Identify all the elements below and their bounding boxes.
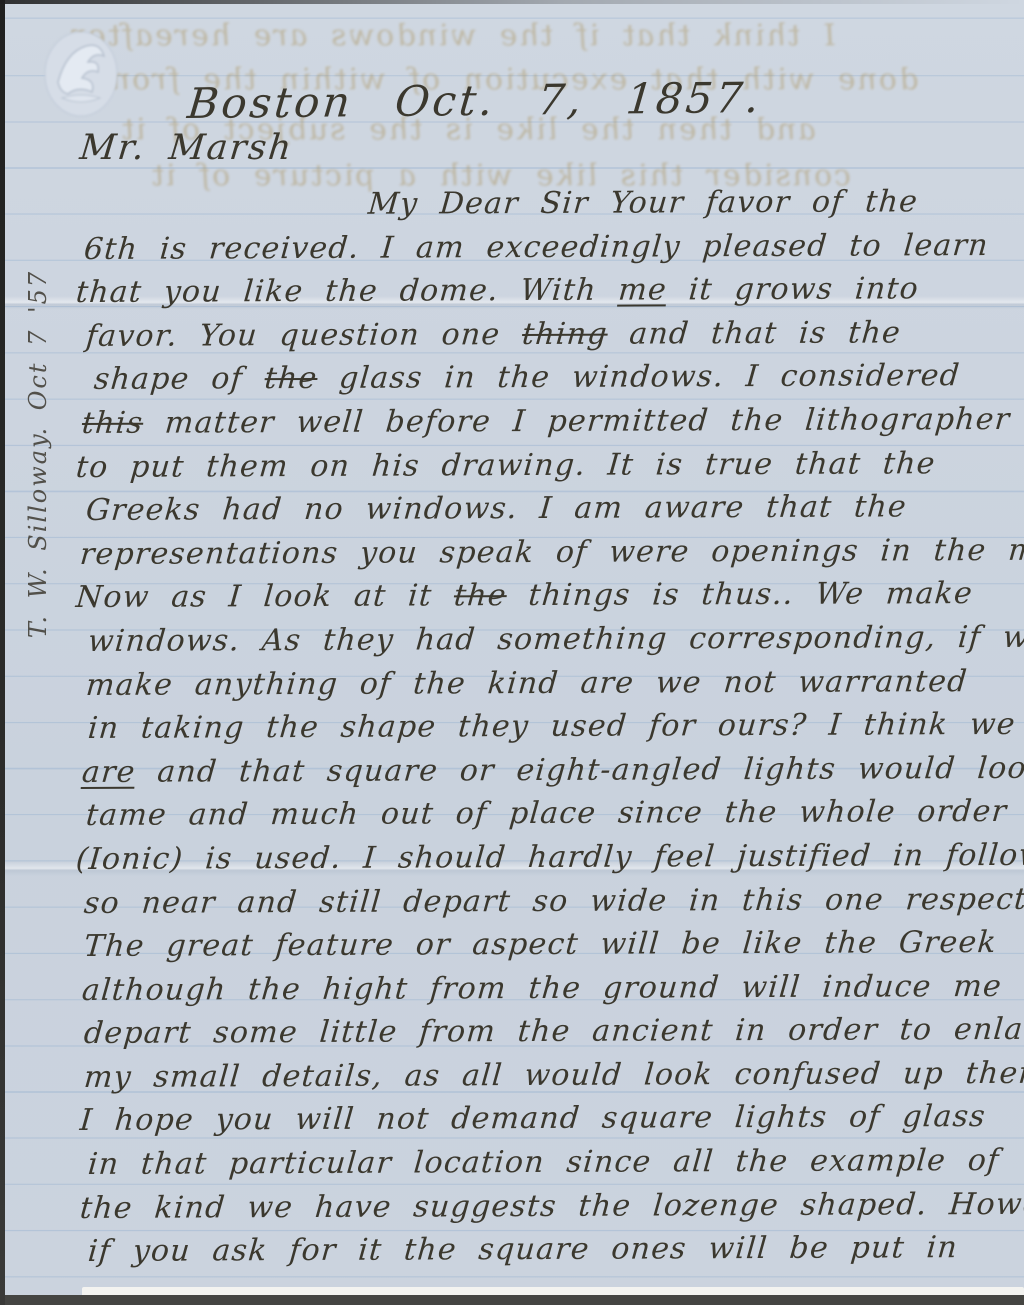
- letter-line: depart some little from the ancient in o…: [74, 1008, 1010, 1056]
- text-segment: Greeks had no windows. I am aware that t…: [85, 490, 909, 529]
- text-segment: so near and still depart so wide in this…: [83, 881, 1024, 920]
- letter-line: (Ionic) is used. I should hardly feel ju…: [74, 834, 1010, 882]
- text-segment: it grows into: [666, 272, 921, 308]
- text-segment: the kind we have suggests the lozenge sh…: [79, 1186, 1024, 1225]
- embossed-eagle-seal-icon: [38, 22, 124, 122]
- text-segment: matter well before I permitted the litho…: [142, 402, 1012, 441]
- dateline: Boston Oct. 7, 1857.: [185, 73, 764, 128]
- text-segment: glass in the windows. I considered: [316, 359, 962, 397]
- letter-line: The great feature or aspect will be like…: [74, 921, 1010, 969]
- letter-line: representations you speak of were openin…: [74, 529, 1010, 577]
- text-segment: Now as I look at it: [75, 579, 456, 616]
- text-segment: favor. You question one: [85, 317, 524, 354]
- text-segment: make anything of the kind are we not war…: [85, 664, 970, 703]
- text-segment: The great feature or aspect will be like…: [83, 925, 999, 964]
- letter-line: are and that square or eight-angled ligh…: [74, 747, 1010, 795]
- text-segment: 6th is received. I am exceedingly please…: [83, 228, 991, 267]
- text-segment: my small details, as all would look conf…: [83, 1056, 1024, 1095]
- letter-line: my small details, as all would look conf…: [74, 1052, 1010, 1100]
- text-segment: tame and much out of place since the who…: [85, 794, 1009, 833]
- text-segment: depart some little from the ancient in o…: [83, 1012, 1024, 1051]
- letter-line: this matter well before I permitted the …: [74, 398, 1010, 446]
- struck-word: thing: [521, 316, 609, 351]
- text-segment: things is thus.. We make: [505, 576, 974, 613]
- letter-line: windows. As they had something correspon…: [74, 616, 1010, 664]
- underlined-word: are: [81, 754, 138, 789]
- salutation: Mr. Marsh: [78, 128, 295, 168]
- letter-line: Greeks had no windows. I am aware that t…: [74, 485, 1010, 533]
- text-segment: to put them on his drawing. It is true t…: [75, 446, 938, 485]
- letter-page: I think that if the windows are hereafte…: [0, 0, 1024, 1305]
- text-segment: windows. As they had something correspon…: [87, 620, 1024, 659]
- letter-line: although the hight from the ground will …: [74, 965, 1010, 1013]
- letter-line: in that particular location since all th…: [74, 1139, 1010, 1187]
- scan-edge-top: [0, 0, 1024, 4]
- letter-line: if you ask for it the square ones will b…: [74, 1226, 1010, 1274]
- text-segment: representations you speak of were openin…: [79, 532, 1024, 572]
- scan-edge-left: [0, 0, 5, 1305]
- letter-line: in taking the shape they used for ours? …: [74, 703, 1010, 751]
- underlined-word: me: [617, 273, 669, 308]
- text-segment: that you like the dome. With: [75, 273, 620, 310]
- letter-line: the kind we have suggests the lozenge sh…: [74, 1183, 1010, 1231]
- scan-edge-bottom: [0, 1295, 1024, 1305]
- letter-line: make anything of the kind are we not war…: [74, 659, 1010, 707]
- letter-line: to put them on his drawing. It is true t…: [74, 441, 1010, 489]
- letter-line: that you like the dome. With me it grows…: [74, 267, 1010, 315]
- text-segment: (Ionic) is used. I should hardly feel ju…: [75, 837, 1024, 876]
- struck-word: the: [453, 578, 509, 613]
- text-segment: in taking the shape they used for ours? …: [87, 707, 1018, 746]
- text-segment: although the hight from the ground will …: [81, 968, 1024, 1007]
- margin-note: T. W. Silloway. Oct 7 '57: [24, 264, 52, 644]
- text-segment: My Dear Sir Your favor of the: [367, 184, 920, 221]
- letter-line: Now as I look at it the things is thus..…: [74, 572, 1010, 620]
- text-segment: and that is the: [606, 315, 902, 351]
- struck-word: this: [81, 406, 145, 441]
- bleedthrough-line: I think that if the windows are hereafte…: [68, 18, 838, 53]
- letter-line: favor. You question one thing and that i…: [74, 311, 1010, 359]
- text-segment: and that square or eight-angled lights w…: [134, 750, 1024, 789]
- text-segment: if you ask for it the square ones will b…: [87, 1230, 960, 1269]
- text-segment: I hope you will not demand square lights…: [79, 1100, 988, 1139]
- letter-line: shape of the glass in the windows. I con…: [74, 354, 1010, 402]
- struck-word: the: [263, 361, 319, 396]
- letter-line: I hope you will not demand square lights…: [74, 1095, 1010, 1143]
- text-segment: shape of: [93, 362, 267, 398]
- text-segment: in that particular location since all th…: [87, 1143, 1001, 1182]
- letter-line: tame and much out of place since the who…: [74, 790, 1010, 838]
- letter-line: 6th is received. I am exceedingly please…: [74, 224, 1010, 272]
- letter-body: My Dear Sir Your favor of the6th is rece…: [76, 184, 1008, 1274]
- letter-line: My Dear Sir Your favor of the: [74, 180, 1010, 228]
- letter-line: so near and still depart so wide in this…: [74, 877, 1010, 925]
